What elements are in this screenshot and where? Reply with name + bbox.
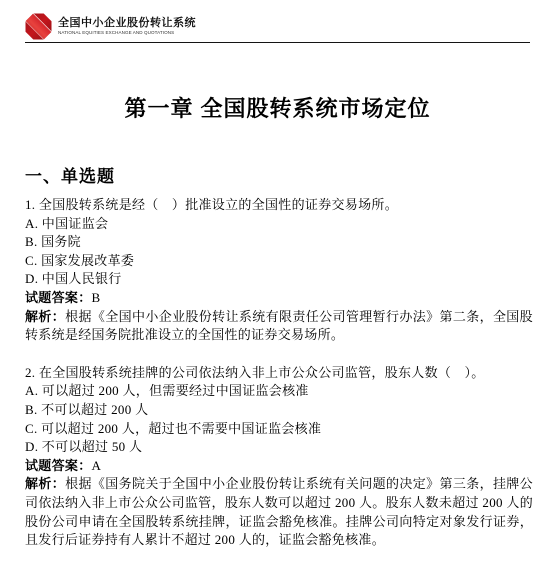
explanation-label: 解析： [25,476,65,491]
logo-subtitle: NATIONAL EQUITIES EXCHANGE AND QUOTATION… [58,31,174,36]
question-text: 1. 全国股转系统是经（ ）批准设立的全国性的证券交易场所。 [25,196,533,215]
answer-value: B [92,290,101,305]
header: 全国中小企业股份转让系统 NATIONAL EQUITIES EXCHANGE … [0,0,555,43]
answer-line: 试题答案：B [25,289,533,308]
header-divider [25,42,530,43]
question-options: A. 可以超过 200 人，但需要经过中国证监会核准B. 不可以超过 200 人… [25,382,533,456]
option: D. 不可以超过 50 人 [25,438,533,457]
option: A. 中国证监会 [25,215,533,234]
answer-value: A [92,458,102,473]
explanation-text: 根据《国务院关于全国中小企业股份转让系统有关问题的决定》第三条，挂牌公司依法纳入… [25,476,533,547]
option: A. 可以超过 200 人，但需要经过中国证监会核准 [25,382,533,401]
logo-title: 全国中小企业股份转让系统 [58,17,211,30]
question-text: 2. 在全国股转系统挂牌的公司依法纳入非上市公众公司监管，股东人数（ ）。 [25,364,533,383]
answer-label: 试题答案： [25,290,92,305]
option: B. 不可以超过 200 人 [25,401,533,420]
page-title: 第一章 全国股转系统市场定位 [0,95,555,123]
answer-line: 试题答案：A [25,457,533,476]
option: B. 国务院 [25,233,533,252]
neeq-logo-icon [25,13,52,40]
document-page: 全国中小企业股份转让系统 NATIONAL EQUITIES EXCHANGE … [0,0,555,563]
answer-label: 试题答案： [25,458,92,473]
option: C. 可以超过 200 人，超过也不需要中国证监会核准 [25,420,533,439]
option: C. 国家发展改革委 [25,252,533,271]
question-block: 1. 全国股转系统是经（ ）批准设立的全国性的证券交易场所。 A. 中国证监会B… [25,196,533,345]
logo-row: 全国中小企业股份转让系统 NATIONAL EQUITIES EXCHANGE … [25,12,530,41]
explanation-text: 根据《全国中小企业股份转让系统有限责任公司管理暂行办法》第二条，全国股转系统是经… [25,309,533,343]
option: D. 中国人民银行 [25,270,533,289]
logo-text: 全国中小企业股份转让系统 NATIONAL EQUITIES EXCHANGE … [58,17,211,36]
explanation-label: 解析： [25,309,65,324]
section-heading: 一、单选题 [25,167,533,187]
questions: 1. 全国股转系统是经（ ）批准设立的全国性的证券交易场所。 A. 中国证监会B… [25,196,533,550]
explanation: 解析：根据《全国中小企业股份转让系统有限责任公司管理暂行办法》第二条，全国股转系… [25,308,533,345]
explanation: 解析：根据《国务院关于全国中小企业股份转让系统有关问题的决定》第三条，挂牌公司依… [25,475,533,549]
question-options: A. 中国证监会B. 国务院C. 国家发展改革委D. 中国人民银行 [25,215,533,289]
question-block: 2. 在全国股转系统挂牌的公司依法纳入非上市公众公司监管，股东人数（ ）。 A.… [25,364,533,550]
content: 一、单选题 1. 全国股转系统是经（ ）批准设立的全国性的证券交易场所。 A. … [0,167,555,550]
